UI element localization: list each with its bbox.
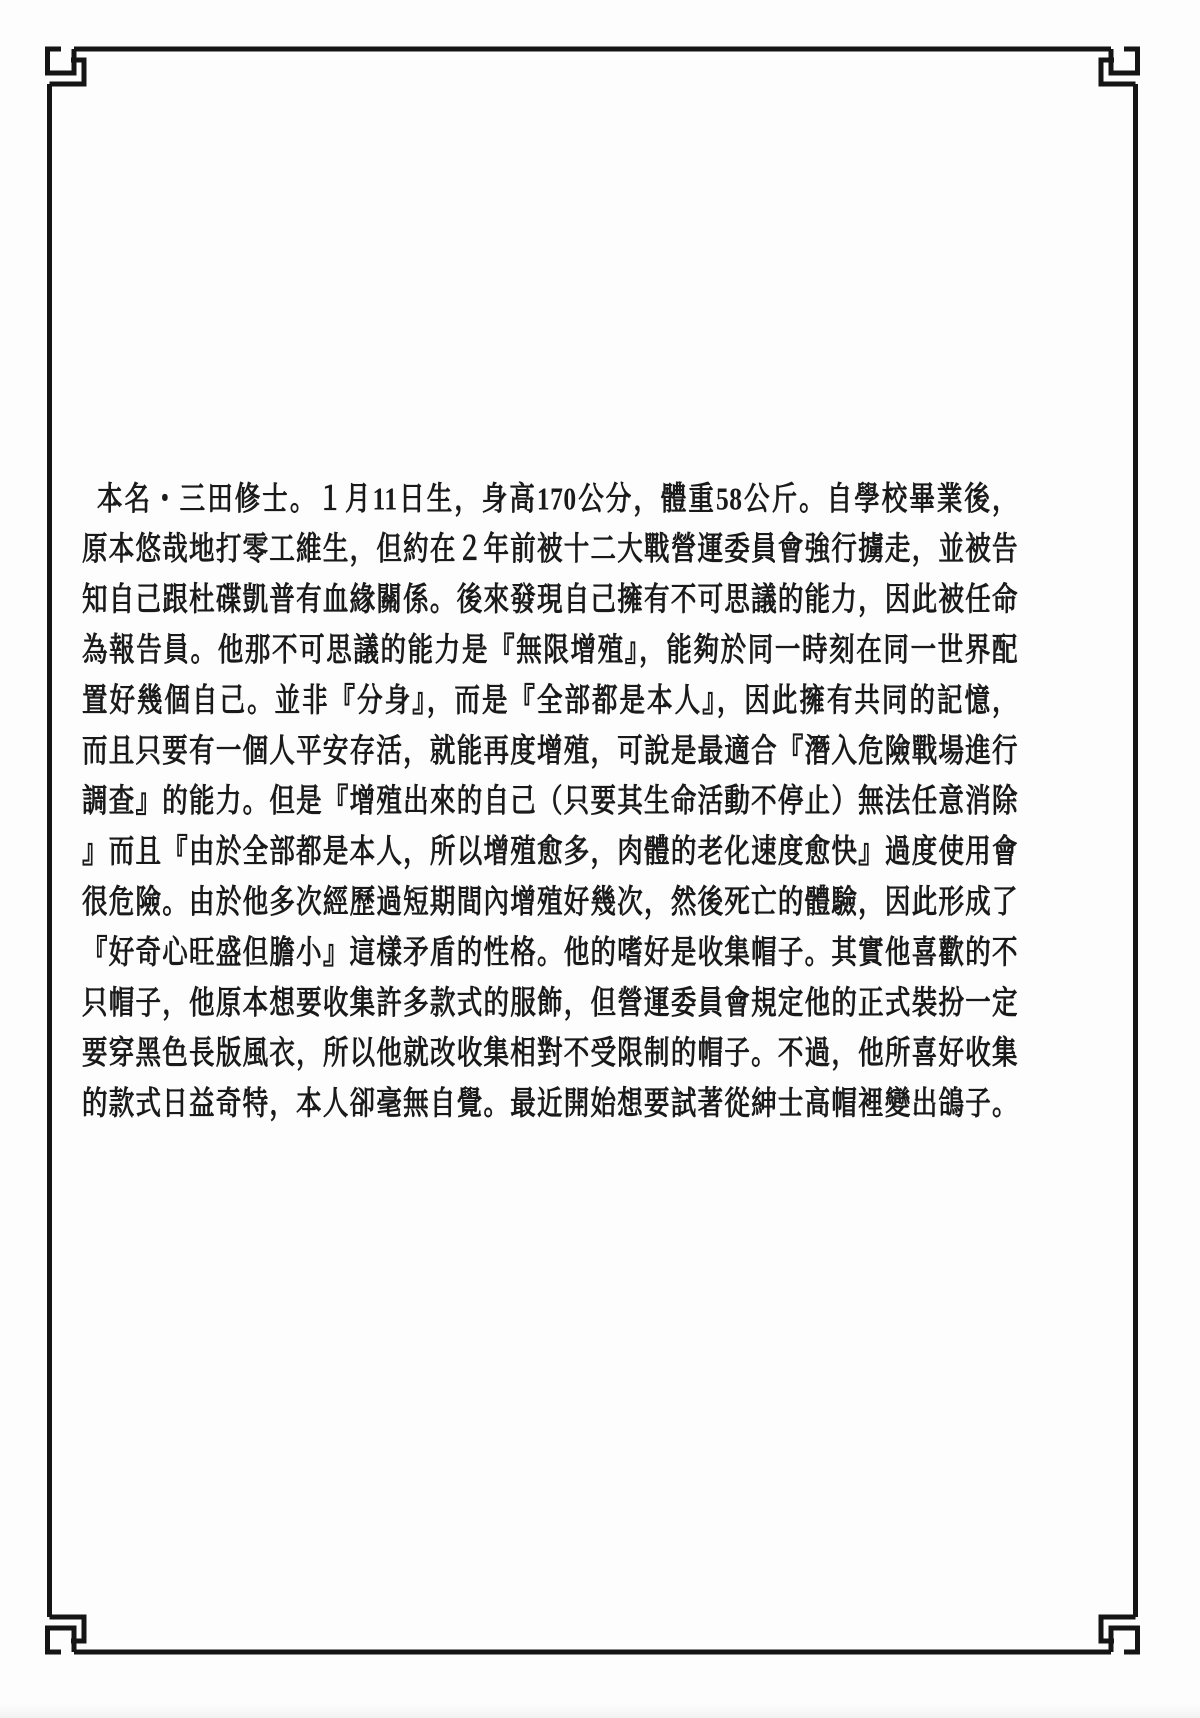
text-line: 知自己跟杜碟凱普有血緣關係。後來發現自己擁有不可思議的能力，因此被任命	[82, 575, 1018, 625]
corner-knot-bottom-left-icon	[48, 1617, 85, 1652]
text-line: 很危險。由於他多次經歷過短期間內增殖好幾次，然後死亡的體驗，因此形成了	[82, 877, 1018, 927]
text-line: 調查』的能力。但是『增殖出來的自己（只要其生命活動不停止）無法任意消除	[82, 776, 1018, 826]
scanned-book-page: { "page": { "background_color": "#fdfdfd…	[0, 0, 1200, 1718]
text-line: 本名・三田修士。１月11日生，身高170公分，體重58公斤。自學校畢業後，	[82, 474, 1018, 524]
corner-knot-top-left-icon	[48, 49, 85, 84]
text-line: 置好幾個自己。並非『分身』，而是『全部都是本人』，因此擁有共同的記憶，	[82, 676, 1018, 726]
text-line: 要穿黑色長版風衣，所以他就改收集相對不受限制的帽子。不過，他所喜好收集	[82, 1028, 1018, 1078]
text-line: 的款式日益奇特，本人卻毫無自覺。最近開始想要試著從紳士高帽裡變出鴿子。	[82, 1079, 1018, 1129]
scan-edge-shadow	[0, 1704, 1200, 1718]
text-line: 』而且『由於全部都是本人，所以增殖愈多，肉體的老化速度愈快』過度使用會	[82, 827, 1018, 877]
character-profile-paragraph: 本名・三田修士。１月11日生，身高170公分，體重58公斤。自學校畢業後，原本悠…	[82, 474, 1018, 1129]
text-line: 原本悠哉地打零工維生，但約在２年前被十二大戰營運委員會強行擄走，並被告	[82, 524, 1018, 574]
text-line: 只帽子，他原本想要收集許多款式的服飾，但營運委員會規定他的正式裝扮一定	[82, 978, 1018, 1028]
text-line: 為報告員。他那不可思議的能力是『無限增殖』，能夠於同一時刻在同一世界配	[82, 625, 1018, 675]
corner-knot-bottom-right-icon	[1101, 1617, 1138, 1652]
text-line: 而且只要有一個人平安存活，就能再度增殖，可說是最適合『潛入危險戰場進行	[82, 726, 1018, 776]
text-line: 『好奇心旺盛但膽小』這樣矛盾的性格。他的嗜好是收集帽子。其實他喜歡的不	[82, 928, 1018, 978]
corner-knot-top-right-icon	[1101, 49, 1138, 84]
